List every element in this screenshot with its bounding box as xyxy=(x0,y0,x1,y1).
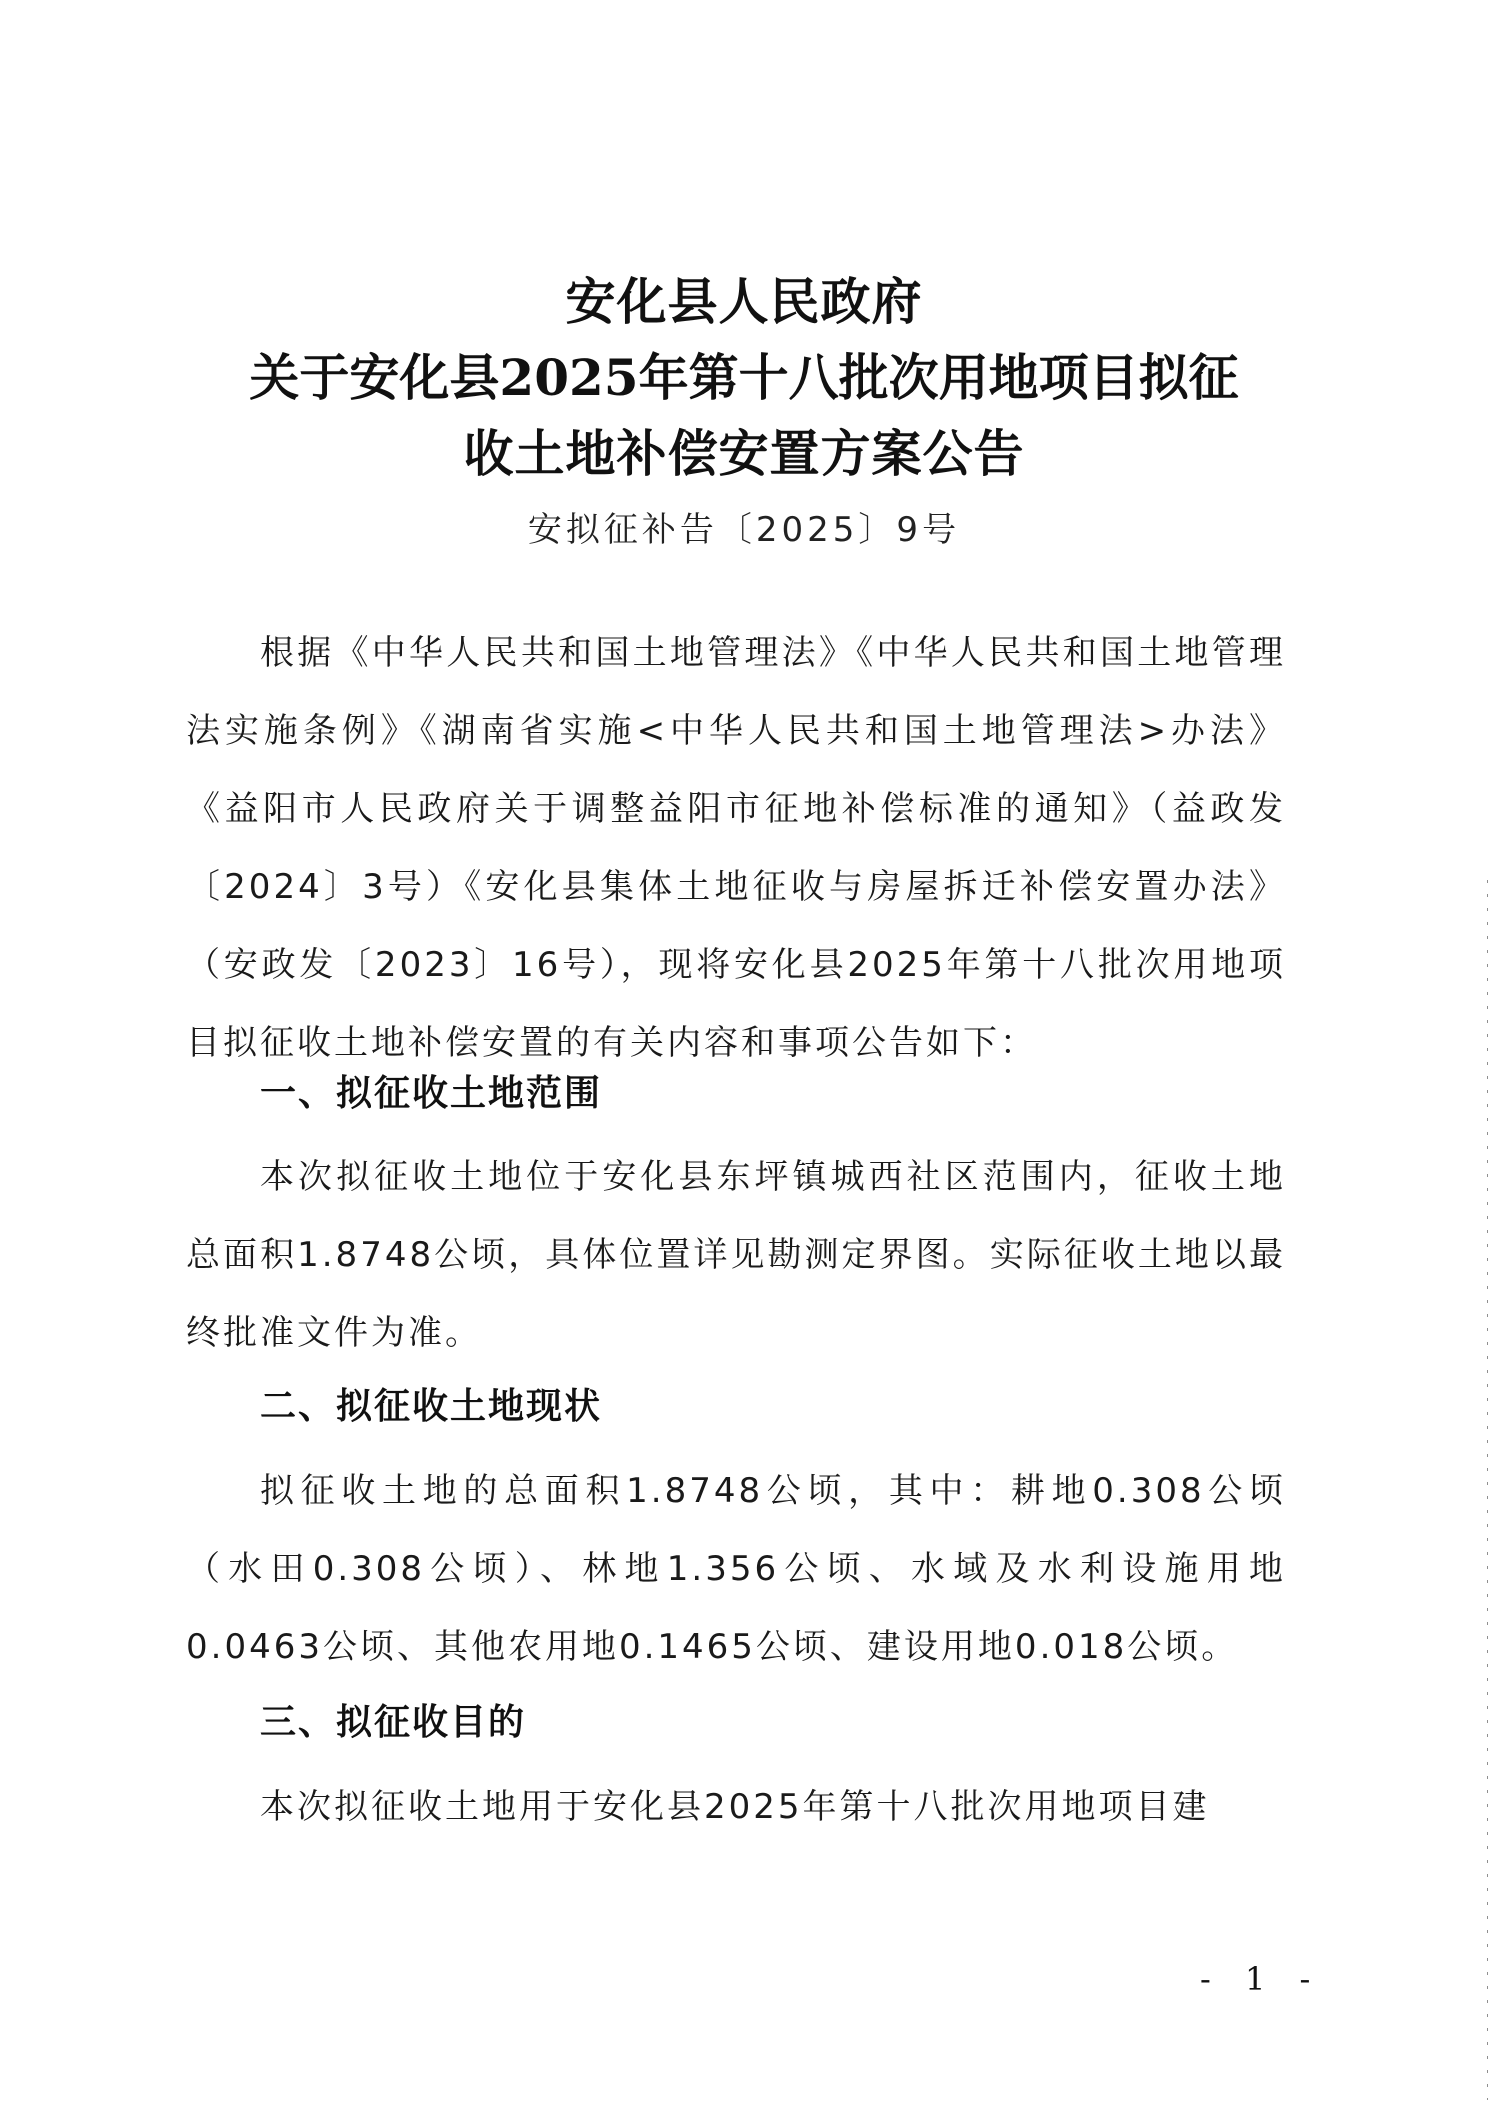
document-page: 安化县人民政府 关于安化县2025年第十八批次用地项目拟征 收土地补偿安置方案公… xyxy=(0,0,1488,2104)
title-line-1: 安化县人民政府 xyxy=(0,262,1488,334)
intro-paragraph: 根据《中华人民共和国土地管理法》《中华人民共和国土地管理法实施条例》《湖南省实施… xyxy=(186,614,1286,1082)
document-number: 安拟征补告〔2025〕9号 xyxy=(0,502,1488,551)
section-text-3: 本次拟征收土地用于安化县2025年第十八批次用地项目建 xyxy=(186,1768,1286,1846)
section-paragraph-1: 本次拟征收土地位于安化县东坪镇城西社区范围内，征收土地总面积1.8748公顷，具… xyxy=(186,1138,1286,1372)
page-number: - 1 - xyxy=(1200,1960,1322,1998)
title-line-3: 收土地补偿安置方案公告 xyxy=(0,414,1488,486)
section-heading-1: 一、拟征收土地范围 xyxy=(260,1065,602,1116)
section-text-1: 本次拟征收土地位于安化县东坪镇城西社区范围内，征收土地总面积1.8748公顷，具… xyxy=(186,1138,1286,1372)
intro-text: 根据《中华人民共和国土地管理法》《中华人民共和国土地管理法实施条例》《湖南省实施… xyxy=(186,614,1286,1082)
section-paragraph-2: 拟征收土地的总面积1.8748公顷，其中：耕地0.308公顷（水田0.308公顷… xyxy=(186,1452,1286,1686)
section-paragraph-3: 本次拟征收土地用于安化县2025年第十八批次用地项目建 xyxy=(186,1768,1286,1846)
section-heading-3: 三、拟征收目的 xyxy=(260,1694,526,1745)
section-heading-2: 二、拟征收土地现状 xyxy=(260,1378,602,1429)
section-text-2: 拟征收土地的总面积1.8748公顷，其中：耕地0.308公顷（水田0.308公顷… xyxy=(186,1452,1286,1686)
title-line-2: 关于安化县2025年第十八批次用地项目拟征 xyxy=(0,338,1488,410)
